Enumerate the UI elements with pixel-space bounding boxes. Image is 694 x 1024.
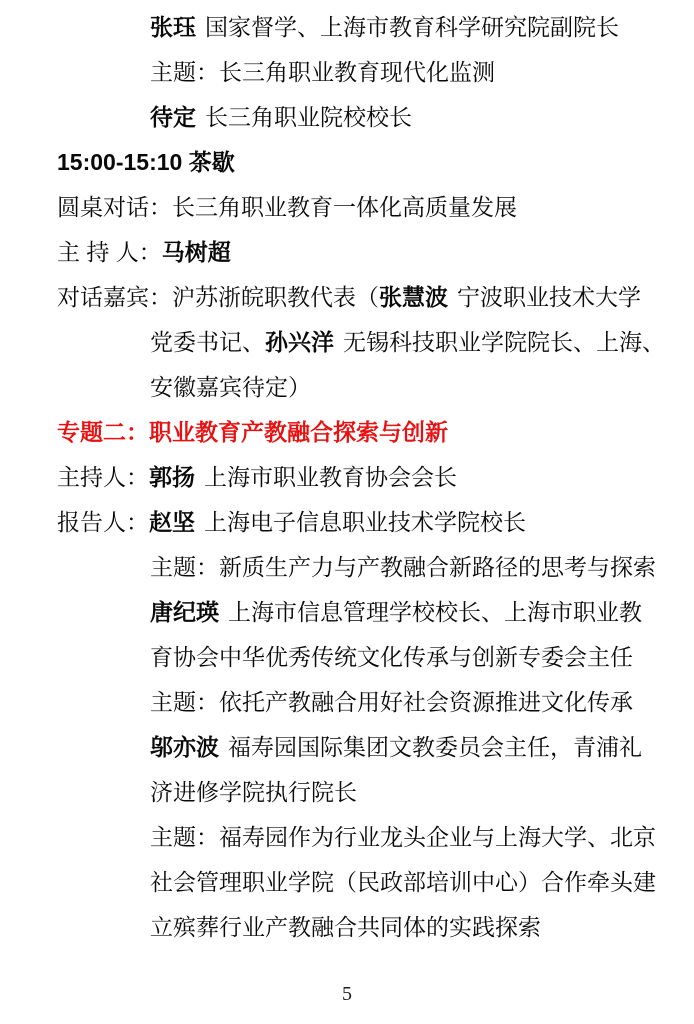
agenda-line-topic: 立殡葬行业产教融合共同体的实践探索 — [57, 905, 658, 950]
host-label: 主 持 人： — [57, 239, 162, 265]
presenter-title: 上海电子信息职业技术学院校长 — [204, 509, 526, 535]
speaker-title: 上海市信息管理学校校长、上海市职业教 — [228, 599, 642, 625]
agenda-line-speaker: 张珏国家督学、上海市教育科学研究院副院长 — [57, 5, 658, 50]
guests-label: 对话嘉宾：沪苏浙皖职教代表（ — [57, 284, 379, 310]
topic-text: 主题：依托产教融合用好社会资源推进文化传承 — [150, 689, 633, 715]
time-slot: 15:00-15:10 茶歇 — [57, 140, 658, 185]
presenter-label: 报告人： — [57, 509, 149, 535]
agenda-line-topic: 社会管理职业学院（民政部培训中心）合作牵头建 — [57, 860, 658, 905]
host-name: 郭扬 — [149, 464, 195, 490]
roundtable-title-text: 圆桌对话：长三角职业教育一体化高质量发展 — [57, 194, 517, 220]
agenda-content: 张珏国家督学、上海市教育科学研究院副院长 主题：长三角职业教育现代化监测 待定长… — [0, 0, 694, 950]
page-number: 5 — [0, 983, 694, 1006]
speaker-title: 国家督学、上海市教育科学研究院副院长 — [205, 14, 619, 40]
presenter-name: 赵坚 — [149, 509, 195, 535]
agenda-line-host: 主持人：郭扬上海市职业教育协会会长 — [57, 455, 658, 500]
speaker-title: 长三角职业院校校长 — [205, 104, 412, 130]
agenda-line-speaker: 邬亦波福寿园国际集团文教委员会主任，青浦礼 — [57, 725, 658, 770]
host-name: 马树超 — [162, 239, 231, 265]
agenda-line-topic: 主题：长三角职业教育现代化监测 — [57, 50, 658, 95]
document-page: 张珏国家督学、上海市教育科学研究院副院长 主题：长三角职业教育现代化监测 待定长… — [0, 0, 694, 1024]
agenda-line-speaker: 唐纪瑛上海市信息管理学校校长、上海市职业教 — [57, 590, 658, 635]
agenda-line-guests: 安徽嘉宾待定） — [57, 365, 658, 410]
topic-text: 主题：福寿园作为行业龙头企业与上海大学、北京 — [150, 824, 656, 850]
speaker-name: 待定 — [150, 104, 196, 130]
agenda-line-topic: 主题：新质生产力与产教融合新路径的思考与探索 — [57, 545, 658, 590]
guest-title: 党委书记、 — [150, 329, 265, 355]
guest-title: 安徽嘉宾待定） — [150, 374, 311, 400]
topic-text: 立殡葬行业产教融合共同体的实践探索 — [150, 914, 541, 940]
guest-title: 宁波职业技术大学 — [457, 284, 641, 310]
speaker-name: 邬亦波 — [150, 734, 219, 760]
agenda-line-speaker: 济进修学院执行院长 — [57, 770, 658, 815]
speaker-title: 福寿园国际集团文教委员会主任，青浦礼 — [228, 734, 642, 760]
guest-name: 张慧波 — [379, 284, 448, 310]
agenda-line-topic: 主题：福寿园作为行业龙头企业与上海大学、北京 — [57, 815, 658, 860]
agenda-line-speaker: 待定长三角职业院校校长 — [57, 95, 658, 140]
speaker-title: 济进修学院执行院长 — [150, 779, 357, 805]
speaker-title: 育协会中华优秀传统文化传承与创新专委会主任 — [150, 644, 633, 670]
agenda-line-guests: 对话嘉宾：沪苏浙皖职教代表（张慧波宁波职业技术大学 — [57, 275, 658, 320]
agenda-line-guests: 党委书记、孙兴洋无锡科技职业学院院长、上海、 — [57, 320, 658, 365]
speaker-name: 唐纪瑛 — [150, 599, 219, 625]
guest-name: 孙兴洋 — [265, 329, 334, 355]
topic-text: 社会管理职业学院（民政部培训中心）合作牵头建 — [150, 869, 656, 895]
topic-text: 主题：新质生产力与产教融合新路径的思考与探索 — [150, 554, 656, 580]
agenda-line-host: 主 持 人：马树超 — [57, 230, 658, 275]
topic-text: 主题：长三角职业教育现代化监测 — [150, 59, 495, 85]
agenda-line-presenter: 报告人：赵坚上海电子信息职业技术学院校长 — [57, 500, 658, 545]
section-heading: 专题二：职业教育产教融合探索与创新 — [57, 410, 658, 455]
host-title: 上海市职业教育协会会长 — [204, 464, 457, 490]
host-label: 主持人： — [57, 464, 149, 490]
guest-title: 无锡科技职业学院院长、上海、 — [343, 329, 665, 355]
roundtable-title: 圆桌对话：长三角职业教育一体化高质量发展 — [57, 185, 658, 230]
agenda-line-speaker: 育协会中华优秀传统文化传承与创新专委会主任 — [57, 635, 658, 680]
section-heading-text: 专题二：职业教育产教融合探索与创新 — [57, 419, 448, 445]
agenda-line-topic: 主题：依托产教融合用好社会资源推进文化传承 — [57, 680, 658, 725]
time-slot-text: 15:00-15:10 茶歇 — [57, 149, 235, 175]
speaker-name: 张珏 — [150, 14, 196, 40]
